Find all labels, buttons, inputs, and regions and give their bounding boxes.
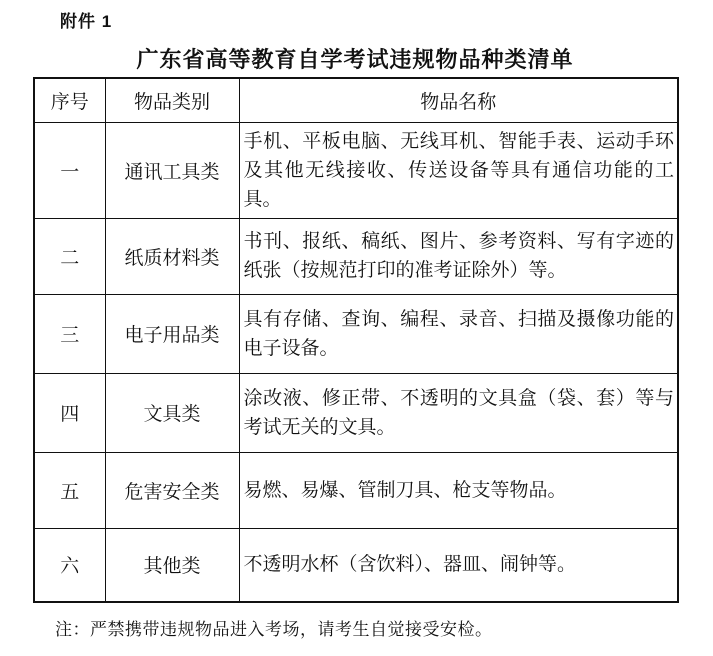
column-header-category: 物品类别: [105, 78, 239, 122]
column-header-serial-number: 序号: [34, 78, 105, 122]
item-name-cell: 涂改液、修正带、不透明的文具盒（袋、套）等与考试无关的文具。: [239, 373, 678, 452]
prohibited-items-table: 序号 物品类别 物品名称 一 通讯工具类 手机、平板电脑、无线耳机、智能手表、运…: [33, 77, 679, 603]
page-title: 广东省高等教育自学考试违规物品种类清单: [33, 43, 677, 74]
serial-number-cell: 六: [34, 528, 105, 602]
table-row: 一 通讯工具类 手机、平板电脑、无线耳机、智能手表、运动手环及其他无线接收、传送…: [34, 122, 678, 218]
category-cell: 危害安全类: [105, 452, 239, 528]
serial-number-cell: 三: [34, 294, 105, 373]
table-row: 四 文具类 涂改液、修正带、不透明的文具盒（袋、套）等与考试无关的文具。: [34, 373, 678, 452]
table-row: 五 危害安全类 易燃、易爆、管制刀具、枪支等物品。: [34, 452, 678, 528]
note-text: 注：严禁携带违规物品进入考场，请考生自觉接受安检。: [55, 615, 493, 640]
category-cell: 其他类: [105, 528, 239, 602]
table-row: 六 其他类 不透明水杯（含饮料）、器皿、闹钟等。: [34, 528, 678, 602]
item-name-cell: 具有存储、查询、编程、录音、扫描及摄像功能的电子设备。: [239, 294, 678, 373]
column-header-item-name: 物品名称: [239, 78, 678, 122]
category-cell: 电子用品类: [105, 294, 239, 373]
category-cell: 文具类: [105, 373, 239, 452]
serial-number-cell: 五: [34, 452, 105, 528]
table-header-row: 序号 物品类别 物品名称: [34, 78, 678, 122]
attachment-label: 附件 1: [60, 7, 112, 32]
serial-number-cell: 二: [34, 218, 105, 294]
category-cell: 通讯工具类: [105, 122, 239, 218]
category-cell: 纸质材料类: [105, 218, 239, 294]
document-page: 附件 1 广东省高等教育自学考试违规物品种类清单 序号 物品类别 物品名称 一 …: [0, 0, 713, 656]
serial-number-cell: 一: [34, 122, 105, 218]
item-name-cell: 手机、平板电脑、无线耳机、智能手表、运动手环及其他无线接收、传送设备等具有通信功…: [239, 122, 678, 218]
table-row: 三 电子用品类 具有存储、查询、编程、录音、扫描及摄像功能的电子设备。: [34, 294, 678, 373]
item-name-cell: 书刊、报纸、稿纸、图片、参考资料、写有字迹的纸张（按规范打印的准考证除外）等。: [239, 218, 678, 294]
serial-number-cell: 四: [34, 373, 105, 452]
item-name-cell: 不透明水杯（含饮料）、器皿、闹钟等。: [239, 528, 678, 602]
item-name-cell: 易燃、易爆、管制刀具、枪支等物品。: [239, 452, 678, 528]
table-row: 二 纸质材料类 书刊、报纸、稿纸、图片、参考资料、写有字迹的纸张（按规范打印的准…: [34, 218, 678, 294]
